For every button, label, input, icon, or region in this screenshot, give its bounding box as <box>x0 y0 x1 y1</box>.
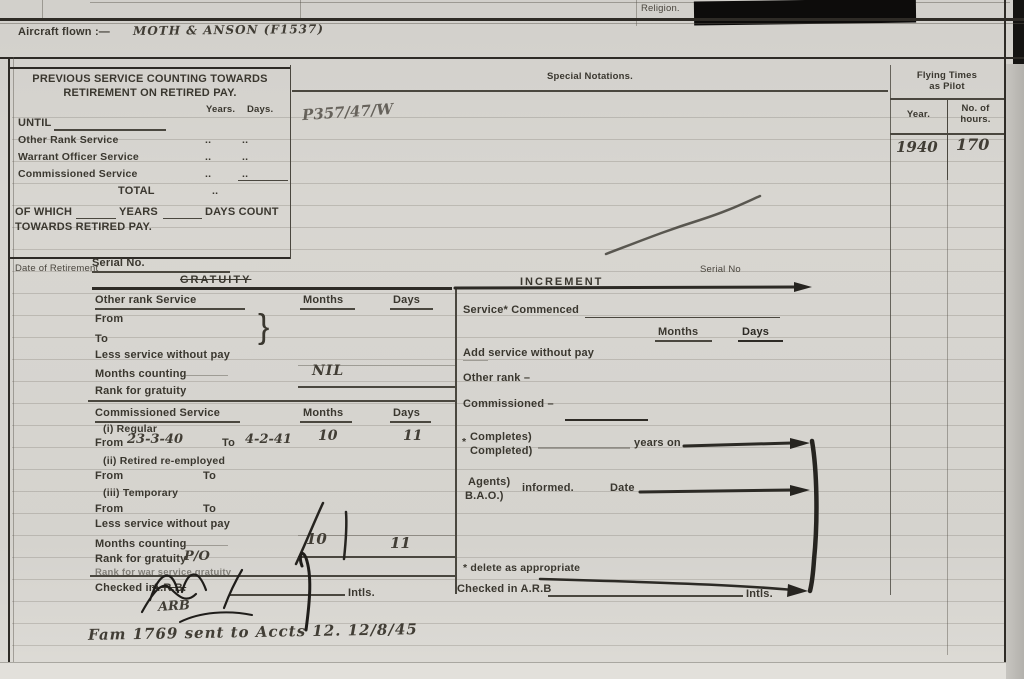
checked-in-initials-scrawl <box>142 574 206 612</box>
arrowhead <box>790 485 810 496</box>
increment-header-arrow-line <box>455 287 796 288</box>
agents-arrow-line <box>640 490 792 492</box>
pen-marks-overlay <box>0 0 1024 679</box>
pen-stroke-months <box>344 512 346 559</box>
bracket-vertical-stroke <box>810 441 816 591</box>
checked-arrow-line <box>540 579 793 590</box>
pen-scratch-mark <box>606 196 760 254</box>
scanned-service-record-page: Religion. Aircraft flown :— MOTH & ANSON… <box>0 0 1024 679</box>
arrowhead <box>790 438 810 449</box>
arrowhead <box>794 282 812 292</box>
pen-slash-checked <box>224 570 242 608</box>
arrowhead <box>787 584 808 597</box>
completes-arrow-line <box>684 443 792 446</box>
pen-initial-stroke <box>300 553 309 630</box>
arb-flourish <box>180 612 252 622</box>
